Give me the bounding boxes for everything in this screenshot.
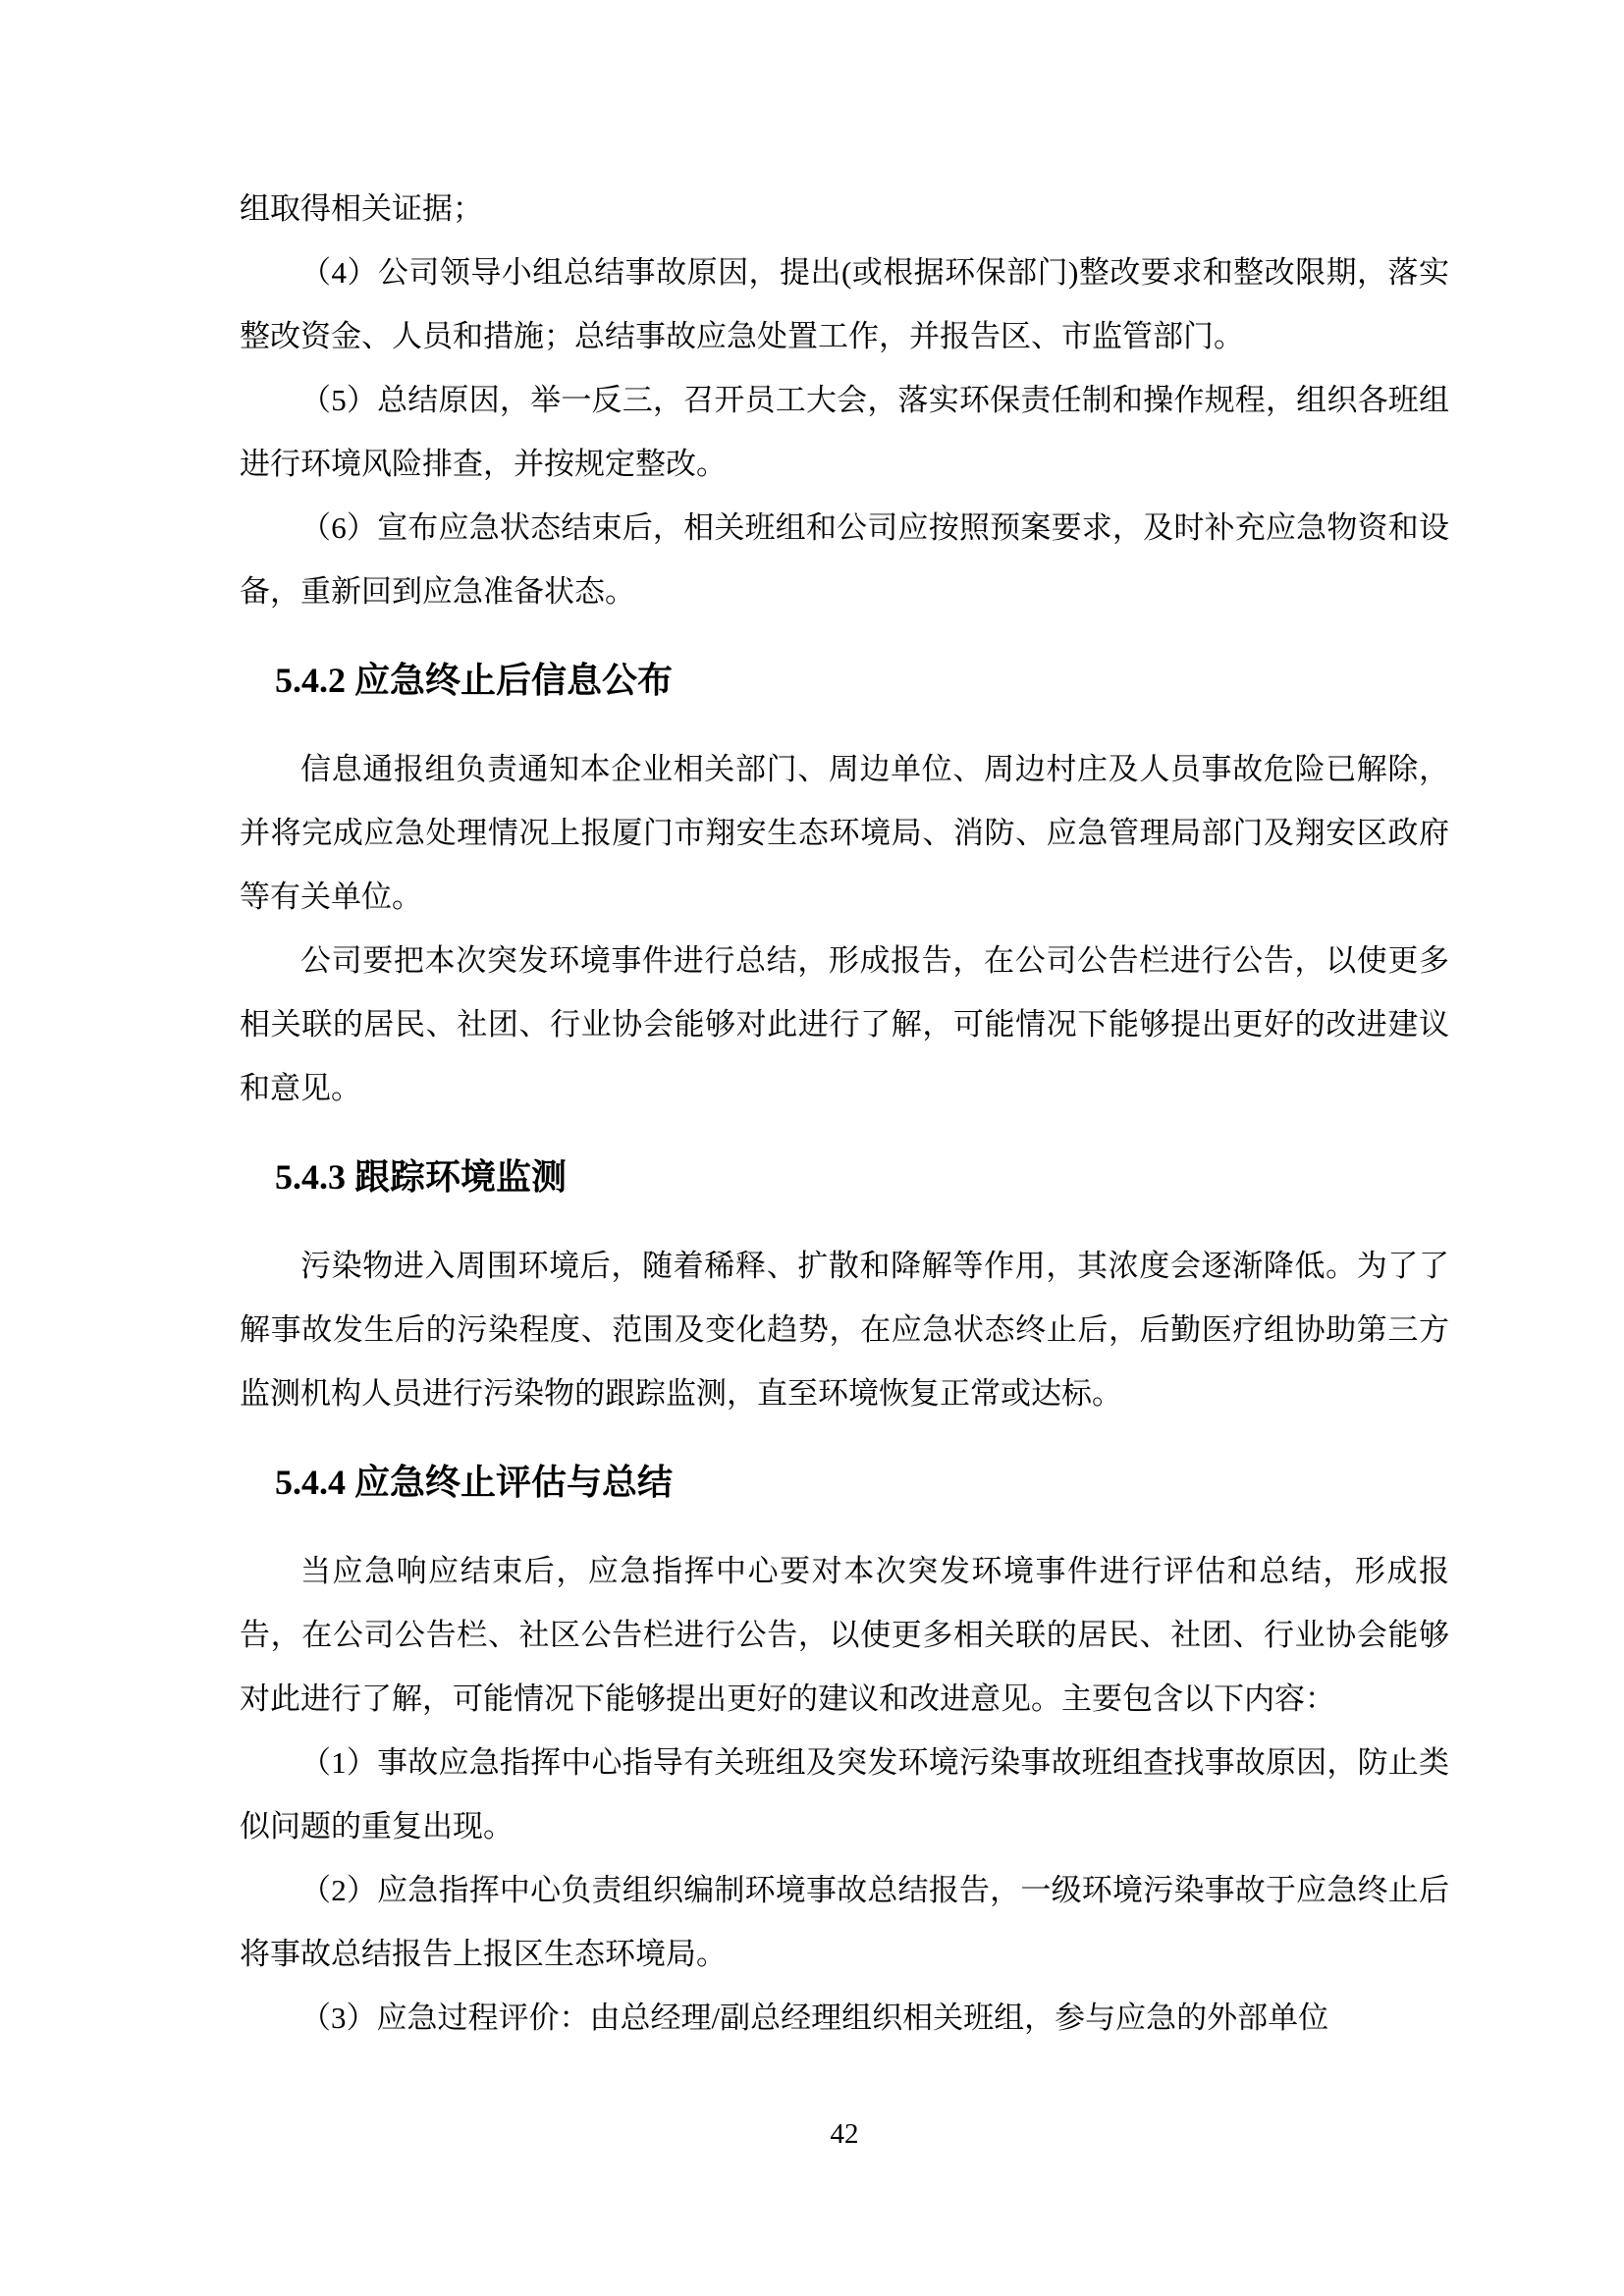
- section-5-4-2-paragraph-2: 公司要把本次突发环境事件进行总结，形成报告，在公司公告栏进行公告，以使更多相关联…: [240, 929, 1449, 1120]
- document-page: 组取得相关证据； （4）公司领导小组总结事故原因，提出(或根据环保部门)整改要求…: [0, 0, 1624, 2296]
- section-5-4-3-paragraph-1: 污染物进入周围环境后，随着稀释、扩散和降解等作用，其浓度会逐渐降低。为了了解事故…: [240, 1234, 1449, 1425]
- page-number: 42: [240, 2116, 1449, 2152]
- section-heading-5-4-2: 5.4.2 应急终止后信息公布: [275, 657, 1449, 704]
- section-heading-5-4-4: 5.4.4 应急终止评估与总结: [275, 1459, 1449, 1506]
- section-5-4-4-item-2: （2）应急指挥中心负责组织编制环境事故总结报告，一级环境污染事故于应急终止后将事…: [240, 1858, 1449, 1986]
- section-5-4-4-paragraph-1: 当应急响应结束后，应急指挥中心要对本次突发环境事件进行评估和总结，形成报告，在公…: [240, 1539, 1449, 1731]
- numbered-item-6: （6）宣布应急状态结束后，相关班组和公司应按照预案要求，及时补充应急物资和设备，…: [240, 496, 1449, 623]
- paragraph-continuation: 组取得相关证据；: [240, 177, 1449, 240]
- section-5-4-4-item-3: （3）应急过程评价：由总经理/副总经理组织相关班组，参与应急的外部单位: [240, 1986, 1449, 2050]
- page-content: 组取得相关证据； （4）公司领导小组总结事故原因，提出(或根据环保部门)整改要求…: [240, 177, 1449, 2050]
- section-heading-5-4-3: 5.4.3 跟踪环境监测: [275, 1153, 1449, 1201]
- section-5-4-2-paragraph-1: 信息通报组负责通知本企业相关部门、周边单位、周边村庄及人员事故危险已解除，并将完…: [240, 737, 1449, 929]
- section-5-4-4-item-1: （1）事故应急指挥中心指导有关班组及突发环境污染事故班组查找事故原因，防止类似问…: [240, 1731, 1449, 1858]
- numbered-item-5: （5）总结原因，举一反三，召开员工大会，落实环保责任制和操作规程，组织各班组进行…: [240, 368, 1449, 496]
- numbered-item-4: （4）公司领导小组总结事故原因，提出(或根据环保部门)整改要求和整改限期，落实整…: [240, 240, 1449, 368]
